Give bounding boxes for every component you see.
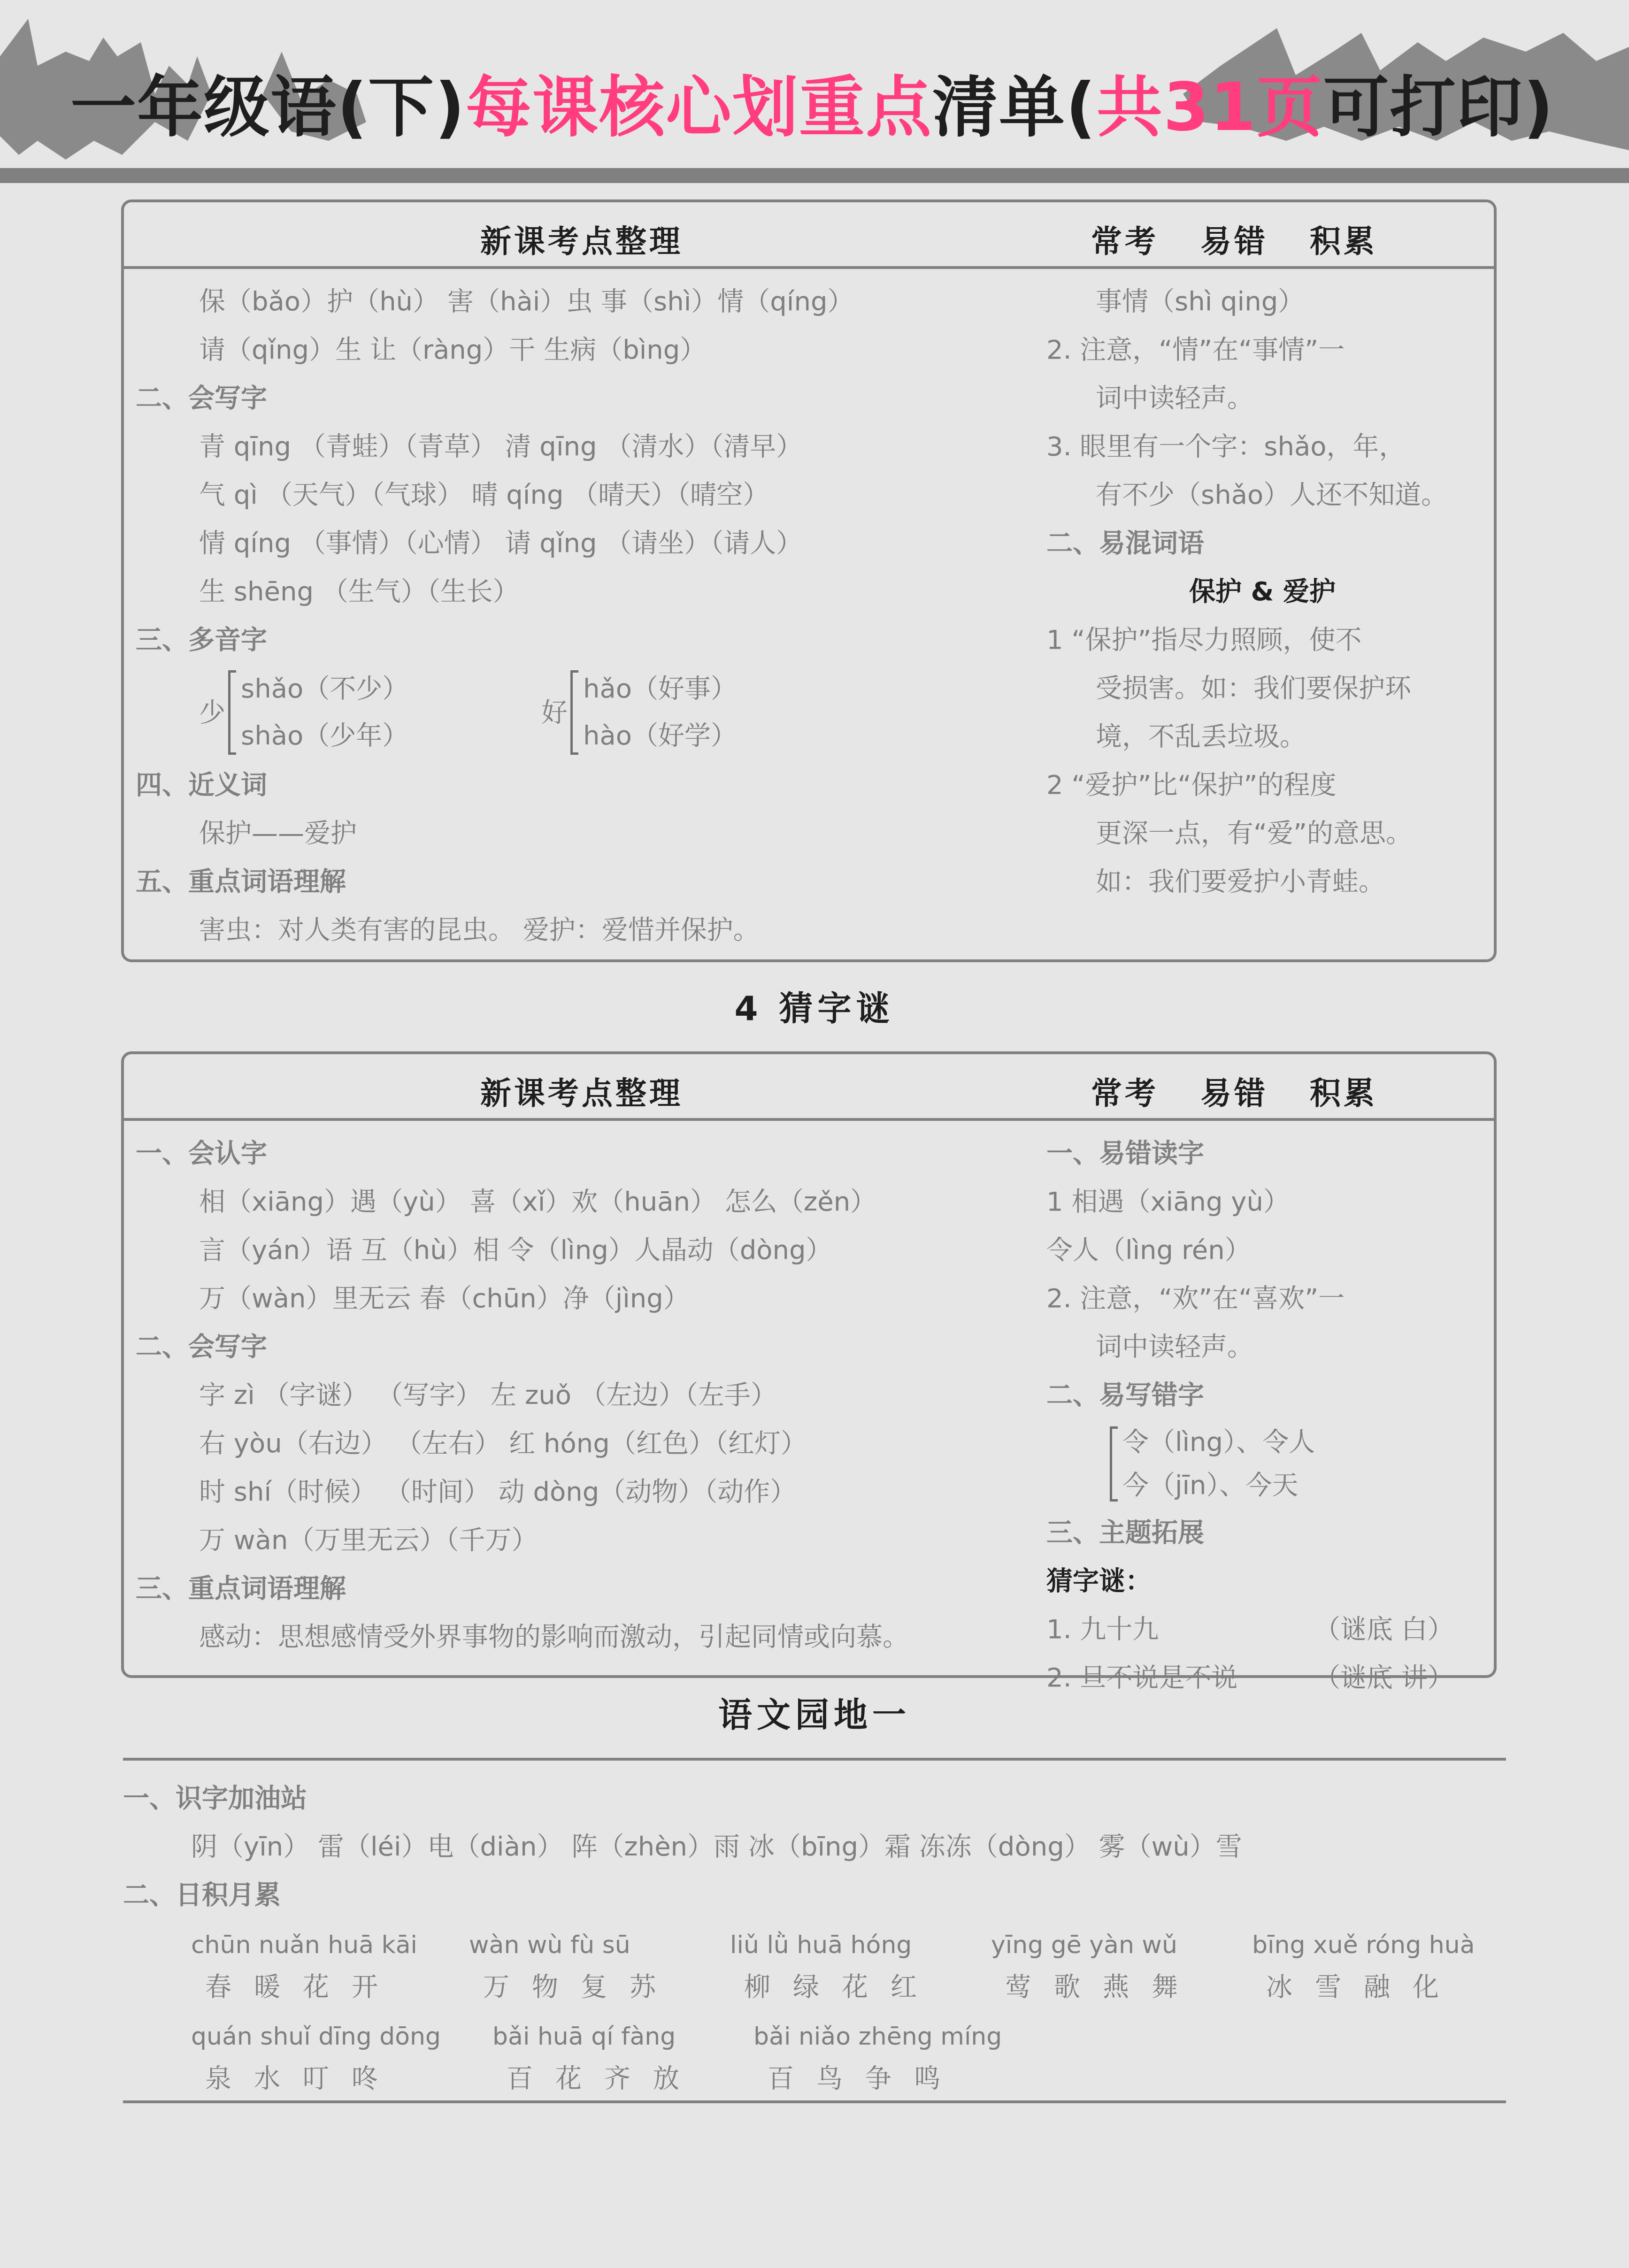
compare-line: 境，不乱丢垃圾。 (1046, 713, 1478, 761)
note-line: 2. 注意，“欢”在“喜欢”一 (1046, 1274, 1478, 1323)
title-highlight: 每课核心划重点 (466, 69, 932, 146)
header-common-mistakes: 常考 易错 积累 (1091, 1068, 1377, 1113)
section-title-accumulation: 二、日积月累 (123, 1871, 1506, 1919)
compare-line: 如：我们要爱护小青蛙。 (1046, 858, 1478, 906)
idiom-text: 春暖花开 (191, 1966, 417, 2008)
compare-title: 保护 & 爱护 (1046, 567, 1478, 616)
section-title-literacy: 一、识字加油站 (123, 1774, 1506, 1823)
idiom: bǎi huā qí fàng 百花齐放 (492, 2015, 702, 2100)
idiom-text: 百鸟争鸣 (753, 2058, 1002, 2100)
write-row: 时 shí（时候） （时间） 动 dòng（动物）（动作） (136, 1468, 1075, 1516)
idiom-text: 泉水叮咚 (191, 2058, 441, 2100)
garden-bottom-rule (123, 2100, 1506, 2103)
compare-line: 1 “保护”指尽力照顾，使不 (1046, 616, 1478, 664)
idiom: yīng gē yàn wǔ 莺歌燕舞 (991, 1924, 1200, 2008)
header-common-mistakes: 常考 易错 积累 (1091, 216, 1377, 261)
note-line: 3. 眼里有一个字：shǎo，年， (1046, 422, 1478, 471)
write-row: 生 shēng （生气）（生长） (136, 567, 1075, 616)
phrase-row: quán shuǐ dīng dōng 泉水叮咚 bǎi huā qí fàng… (123, 2015, 1506, 2100)
section-title-confusing-words: 二、易混词语 (1046, 519, 1478, 567)
box2-right-column: 一、易错读字 1 相遇（xiāng yù） 令人（lìng rén） 2. 注意… (1046, 1129, 1478, 1702)
idiom: wàn wù fù sū 万物复苏 (469, 1924, 678, 2008)
riddle-answer: （谜底 白） (1314, 1605, 1454, 1654)
write-row: 气 qì （天气）（气球） 晴 qíng （晴天）（晴空） (136, 471, 1075, 519)
polyphone-item: shào（少年） (241, 713, 541, 759)
polyphone-item: hào（好学） (583, 713, 737, 759)
note-line: 2. 注意，“情”在“事情”一 (1046, 326, 1478, 374)
title-grade: 一年级语(下) (70, 69, 466, 146)
read-line: 相（xiāng）遇（yù） 喜（xǐ）欢（huān） 怎么（zěn） (136, 1178, 1075, 1226)
section-title-write: 二、会写字 (136, 1323, 1075, 1371)
idiom-pinyin: yīng gē yàn wǔ (991, 1924, 1200, 1966)
idiom-text: 百花齐放 (492, 2058, 702, 2100)
brace-icon (228, 670, 236, 755)
read-line: 万（wàn）里无云 春（chūn）净（jìng） (136, 1274, 1075, 1323)
compare-line: 受损害。如：我们要保护环 (1046, 664, 1478, 713)
box-header: 新课考点整理 常考 易错 积累 (124, 202, 1494, 269)
literacy-line: 阴（yīn） 雷（léi）电（diàn） 阵（zhèn）雨 冰（bīng）霜 冻… (123, 1823, 1506, 1871)
confusable-item: 今（jīn）、今天 (1122, 1464, 1315, 1507)
synonym-pair: 保护——爱护 (136, 809, 1075, 858)
title-printable: 可打印) (1323, 69, 1554, 146)
idiom-pinyin: bǎi niǎo zhēng míng (753, 2015, 1002, 2058)
idiom-pinyin: wàn wù fù sū (469, 1924, 678, 1966)
riddle-title: 猜字谜： (1046, 1557, 1478, 1605)
idiom-pinyin: bǎi huā qí fàng (492, 2015, 702, 2058)
note-line: 有不少（shǎo）人还不知道。 (1046, 471, 1478, 519)
note-line: 事情（shì qing） (1046, 277, 1478, 326)
section-title-misread: 一、易错读字 (1046, 1129, 1478, 1178)
idiom-text: 冰雪融化 (1252, 1966, 1475, 2008)
idiom-pinyin: chūn nuǎn huā kāi (191, 1924, 417, 1966)
read-line: 保（bǎo）护（hù） 害（hài）虫 事（shì）情（qíng） (136, 277, 1075, 326)
lesson-title: 4 猜字谜 (0, 981, 1629, 1030)
idiom: chūn nuǎn huā kāi 春暖花开 (191, 1924, 417, 2008)
section-title-vocab: 三、重点词语理解 (136, 1564, 1075, 1613)
section-title-write: 二、会写字 (136, 374, 1075, 422)
lesson4-summary-box: 新课考点整理 常考 易错 积累 一、会认字 相（xiāng）遇（yù） 喜（xǐ… (121, 1051, 1497, 1678)
write-row: 右 yòu（右边） （左右） 红 hóng（红色）（红灯） (136, 1419, 1075, 1468)
box2-left-column: 一、会认字 相（xiāng）遇（yù） 喜（xǐ）欢（huān） 怎么（zěn）… (136, 1129, 1075, 1661)
idiom-pinyin: bīng xuě róng huà (1252, 1924, 1475, 1966)
header-key-points: 新课考点整理 (124, 1068, 1039, 1113)
write-row: 万 wàn（万里无云）（千万） (136, 1516, 1075, 1564)
box1-right-column: 事情（shì qing） 2. 注意，“情”在“事情”一 词中读轻声。 3. 眼… (1046, 277, 1478, 906)
section-title-synonym: 四、近义词 (136, 761, 1075, 809)
write-row: 情 qíng （事情）（心情） 请 qǐng （请坐）（请人） (136, 519, 1075, 567)
box-header: 新课考点整理 常考 易错 积累 (124, 1054, 1494, 1121)
note-line: 词中读轻声。 (1046, 1323, 1478, 1371)
vocab-explanation: 害虫：对人类有害的昆虫。 爱护：爱惜并保护。 (136, 906, 1075, 954)
idiom-text: 柳绿花红 (730, 1966, 939, 2008)
idiom: liǔ lǜ huā hóng 柳绿花红 (730, 1924, 939, 2008)
write-row: 青 qīng （青蛙）（青草） 清 qīng （清水）（清早） (136, 422, 1075, 471)
header-key-points: 新课考点整理 (124, 216, 1039, 261)
lesson3-summary-box: 新课考点整理 常考 易错 积累 保（bǎo）护（hù） 害（hài）虫 事（sh… (121, 199, 1497, 962)
compare-line: 2 “爱护”比“保护”的程度 (1046, 761, 1478, 809)
banner-divider (0, 168, 1629, 183)
section-title-polyphone: 三、多音字 (136, 616, 1075, 664)
brace-icon (1110, 1426, 1118, 1502)
idiom: bǎi niǎo zhēng míng 百鸟争鸣 (753, 2015, 1002, 2100)
section-title-miswrite: 二、易写错字 (1046, 1371, 1478, 1419)
idiom-text: 万物复苏 (469, 1966, 678, 2008)
section-title-vocab: 五、重点词语理解 (136, 858, 1075, 906)
read-line: 请（qǐng）生 让（ràng）干 生病（bìng） (136, 326, 1075, 374)
title-list: 清单( (932, 69, 1097, 146)
read-line: 言（yán）语 互（hù）相 令（lìng）人晶动（dòng） (136, 1226, 1075, 1274)
compare-line: 更深一点，有“爱”的意思。 (1046, 809, 1478, 858)
garden-top-rule (123, 1758, 1506, 1761)
write-row: 字 zì （字谜） （写字） 左 zuǒ （左边）（左手） (136, 1371, 1075, 1419)
confusable-char-group: 令（lìng）、令人 今（jīn）、今天 (1046, 1419, 1478, 1509)
title-page-count: 共31页 (1097, 69, 1323, 146)
vocab-explanation: 感动：思想感情受外界事物的影响而激动，引起同情或向慕。 (136, 1613, 1075, 1661)
confusable-item: 令（lìng）、令人 (1122, 1421, 1315, 1464)
polyphone-item: shǎo（不少） (241, 666, 541, 713)
note-line: 令人（lìng rén） (1046, 1226, 1478, 1274)
note-line: 词中读轻声。 (1046, 374, 1478, 422)
idiom-text: 莺歌燕舞 (991, 1966, 1200, 2008)
idiom: quán shuǐ dīng dōng 泉水叮咚 (191, 2015, 441, 2100)
document-title: 一年级语(下)每课核心划重点清单(共31页可打印) (70, 61, 1554, 155)
polyphone-group: 少 shǎo（不少） shào（少年） 好 hǎo（好事） hào（好学） (136, 664, 1075, 761)
polyphone-char: 好 (541, 689, 568, 737)
idiom-pinyin: quán shuǐ dīng dōng (191, 2015, 441, 2058)
page-banner: 一年级语(下)每课核心划重点清单(共31页可打印) (0, 0, 1629, 178)
riddle-row: 1. 九十九 （谜底 白） (1046, 1605, 1478, 1654)
note-line: 1 相遇（xiāng yù） (1046, 1178, 1478, 1226)
section-title-theme: 三、主题拓展 (1046, 1509, 1478, 1557)
garden-content: 一、识字加油站 阴（yīn） 雷（léi）电（diàn） 阵（zhèn）雨 冰（… (123, 1774, 1506, 2100)
box1-left-column: 保（bǎo）护（hù） 害（hài）虫 事（shì）情（qíng） 请（qǐng… (136, 277, 1075, 954)
polyphone-item: hǎo（好事） (583, 666, 737, 713)
idiom-pinyin: liǔ lǜ huā hóng (730, 1924, 939, 1966)
garden-title: 语文园地一 (0, 1687, 1629, 1736)
riddle-question: 1. 九十九 (1046, 1614, 1159, 1645)
idiom: bīng xuě róng huà 冰雪融化 (1252, 1924, 1475, 2008)
polyphone-char: 少 (199, 689, 225, 737)
phrase-row: chūn nuǎn huā kāi 春暖花开 wàn wù fù sū 万物复苏… (123, 1924, 1506, 2008)
section-title-read: 一、会认字 (136, 1129, 1075, 1178)
brace-icon (570, 670, 578, 755)
